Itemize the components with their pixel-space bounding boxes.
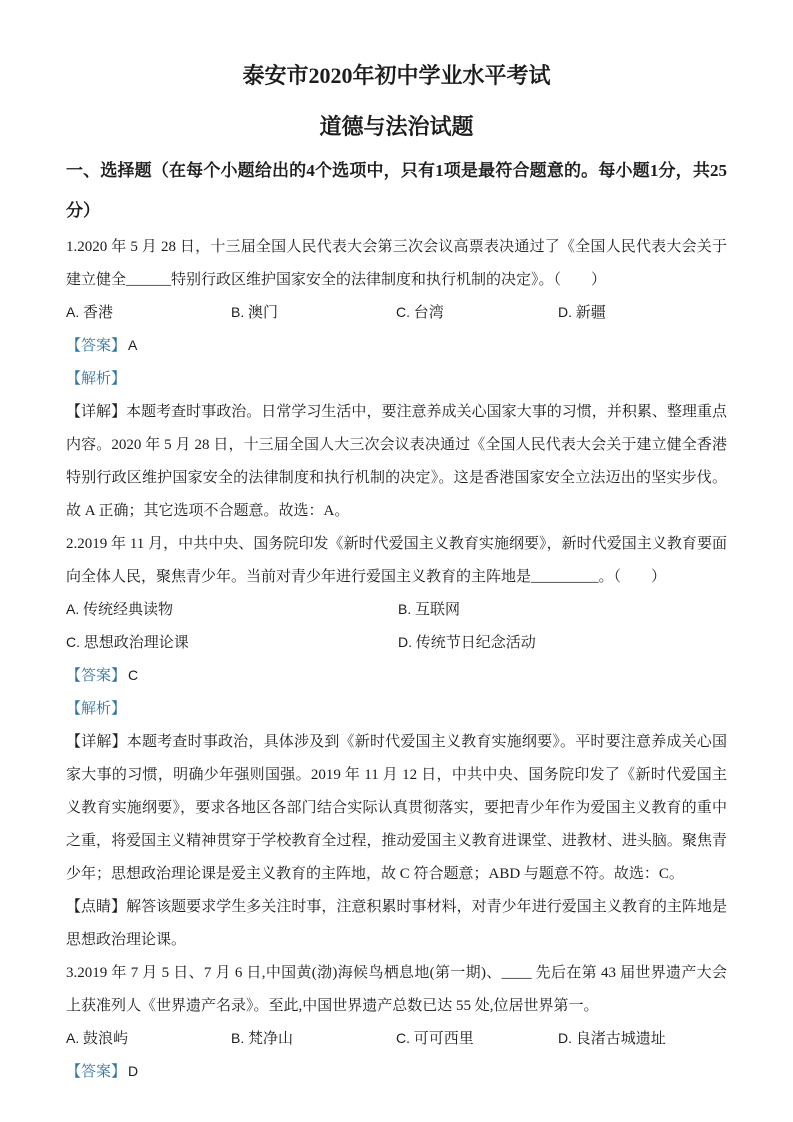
tip-marker: 【点睛】 bbox=[66, 899, 126, 915]
option: A. 传统经典读物 bbox=[66, 594, 398, 627]
section-header: 一、选择题（在每个小题给出的4个选项中，只有1项是最符合题意的。每小题1分，共2… bbox=[66, 151, 727, 231]
option-text: 梵净山 bbox=[248, 1031, 293, 1047]
detail-marker: 【详解】 bbox=[66, 734, 127, 750]
answer-marker: 【答案】 bbox=[66, 1064, 126, 1080]
option: A. 香港 bbox=[66, 297, 231, 330]
question-2: 2.2019 年 11 月，中共中央、国务院印发《新时代爱国主义教育实施纲要》，… bbox=[66, 528, 727, 957]
questions-container: 1.2020 年 5 月 28 日，十三届全国人民代表大会第三次会议高票表决通过… bbox=[66, 231, 727, 1089]
question-options: A. 香港B. 澳门C. 台湾D. 新疆 bbox=[66, 297, 727, 330]
option: B. 梵净山 bbox=[231, 1023, 396, 1056]
document-page: 泰安市2020年初中学业水平考试 道德与法治试题 一、选择题（在每个小题给出的4… bbox=[0, 0, 793, 1122]
analysis-line: 【解析】 bbox=[66, 693, 727, 726]
answer-marker: 【答案】 bbox=[66, 338, 126, 354]
option-label: B. bbox=[231, 304, 244, 320]
answer-line: 【答案】A bbox=[66, 330, 727, 363]
option: D. 良渚古城遗址 bbox=[558, 1023, 727, 1056]
answer-value: D bbox=[126, 1063, 138, 1079]
option-text: 思想政治理论课 bbox=[84, 635, 189, 651]
question-3: 3.2019 年 7 月 5 日、7 月 6 日,中国黄(渤)海候鸟栖息地(第一… bbox=[66, 957, 727, 1089]
option: D. 传统节日纪念活动 bbox=[398, 627, 727, 660]
option-label: A. bbox=[66, 1030, 79, 1046]
option: A. 鼓浪屿 bbox=[66, 1023, 231, 1056]
option-text: 澳门 bbox=[248, 305, 278, 321]
detail-paragraph: 【详解】本题考查时事政治。日常学习生活中，要注意养成关心国家大事的习惯，并积累、… bbox=[66, 396, 727, 528]
option: B. 澳门 bbox=[231, 297, 396, 330]
option-label: D. bbox=[558, 304, 572, 320]
answer-value: A bbox=[126, 337, 137, 353]
option: C. 思想政治理论课 bbox=[66, 627, 398, 660]
option-label: D. bbox=[558, 1030, 572, 1046]
analysis-marker: 【解析】 bbox=[66, 701, 126, 717]
tip-paragraph: 【点睛】解答该题要求学生多关注时事，注意积累时事材料，对青少年进行爱国主义教育的… bbox=[66, 891, 727, 957]
option-text: 台湾 bbox=[414, 305, 444, 321]
option-text: 良渚古城遗址 bbox=[576, 1031, 666, 1047]
question-stem: 1.2020 年 5 月 28 日，十三届全国人民代表大会第三次会议高票表决通过… bbox=[66, 231, 727, 297]
answer-line: 【答案】C bbox=[66, 660, 727, 693]
detail-marker: 【详解】 bbox=[66, 404, 126, 420]
option: B. 互联网 bbox=[398, 594, 727, 627]
option: D. 新疆 bbox=[558, 297, 727, 330]
option-text: 传统经典读物 bbox=[83, 602, 173, 618]
option-label: B. bbox=[231, 1030, 244, 1046]
option-text: 鼓浪屿 bbox=[83, 1031, 128, 1047]
question-stem: 3.2019 年 7 月 5 日、7 月 6 日,中国黄(渤)海候鸟栖息地(第一… bbox=[66, 957, 727, 1023]
analysis-marker: 【解析】 bbox=[66, 371, 126, 387]
answer-marker: 【答案】 bbox=[66, 668, 126, 684]
option-label: A. bbox=[66, 601, 79, 617]
question-options: A. 鼓浪屿B. 梵净山C. 可可西里D. 良渚古城遗址 bbox=[66, 1023, 727, 1056]
option-label: A. bbox=[66, 304, 79, 320]
answer-line: 【答案】D bbox=[66, 1056, 727, 1089]
question-stem: 2.2019 年 11 月，中共中央、国务院印发《新时代爱国主义教育实施纲要》，… bbox=[66, 528, 727, 594]
answer-value: C bbox=[126, 667, 138, 683]
option: C. 台湾 bbox=[396, 297, 558, 330]
document-title: 泰安市2020年初中学业水平考试 bbox=[66, 62, 727, 91]
question-options: A. 传统经典读物B. 互联网C. 思想政治理论课D. 传统节日纪念活动 bbox=[66, 594, 727, 660]
detail-paragraph: 【详解】本题考查时事政治，具体涉及到《新时代爱国主义教育实施纲要》。平时要注意养… bbox=[66, 726, 727, 891]
analysis-line: 【解析】 bbox=[66, 363, 727, 396]
option-label: C. bbox=[396, 304, 410, 320]
option-text: 香港 bbox=[83, 305, 113, 321]
option-text: 新疆 bbox=[576, 305, 606, 321]
document-subtitle: 道德与法治试题 bbox=[66, 113, 727, 142]
option-text: 可可西里 bbox=[414, 1031, 474, 1047]
option-label: C. bbox=[396, 1030, 410, 1046]
option-text: 传统节日纪念活动 bbox=[416, 635, 536, 651]
option-label: C. bbox=[66, 634, 80, 650]
option-label: D. bbox=[398, 634, 412, 650]
option-text: 互联网 bbox=[415, 602, 460, 618]
option-label: B. bbox=[398, 601, 411, 617]
option: C. 可可西里 bbox=[396, 1023, 558, 1056]
question-1: 1.2020 年 5 月 28 日，十三届全国人民代表大会第三次会议高票表决通过… bbox=[66, 231, 727, 528]
